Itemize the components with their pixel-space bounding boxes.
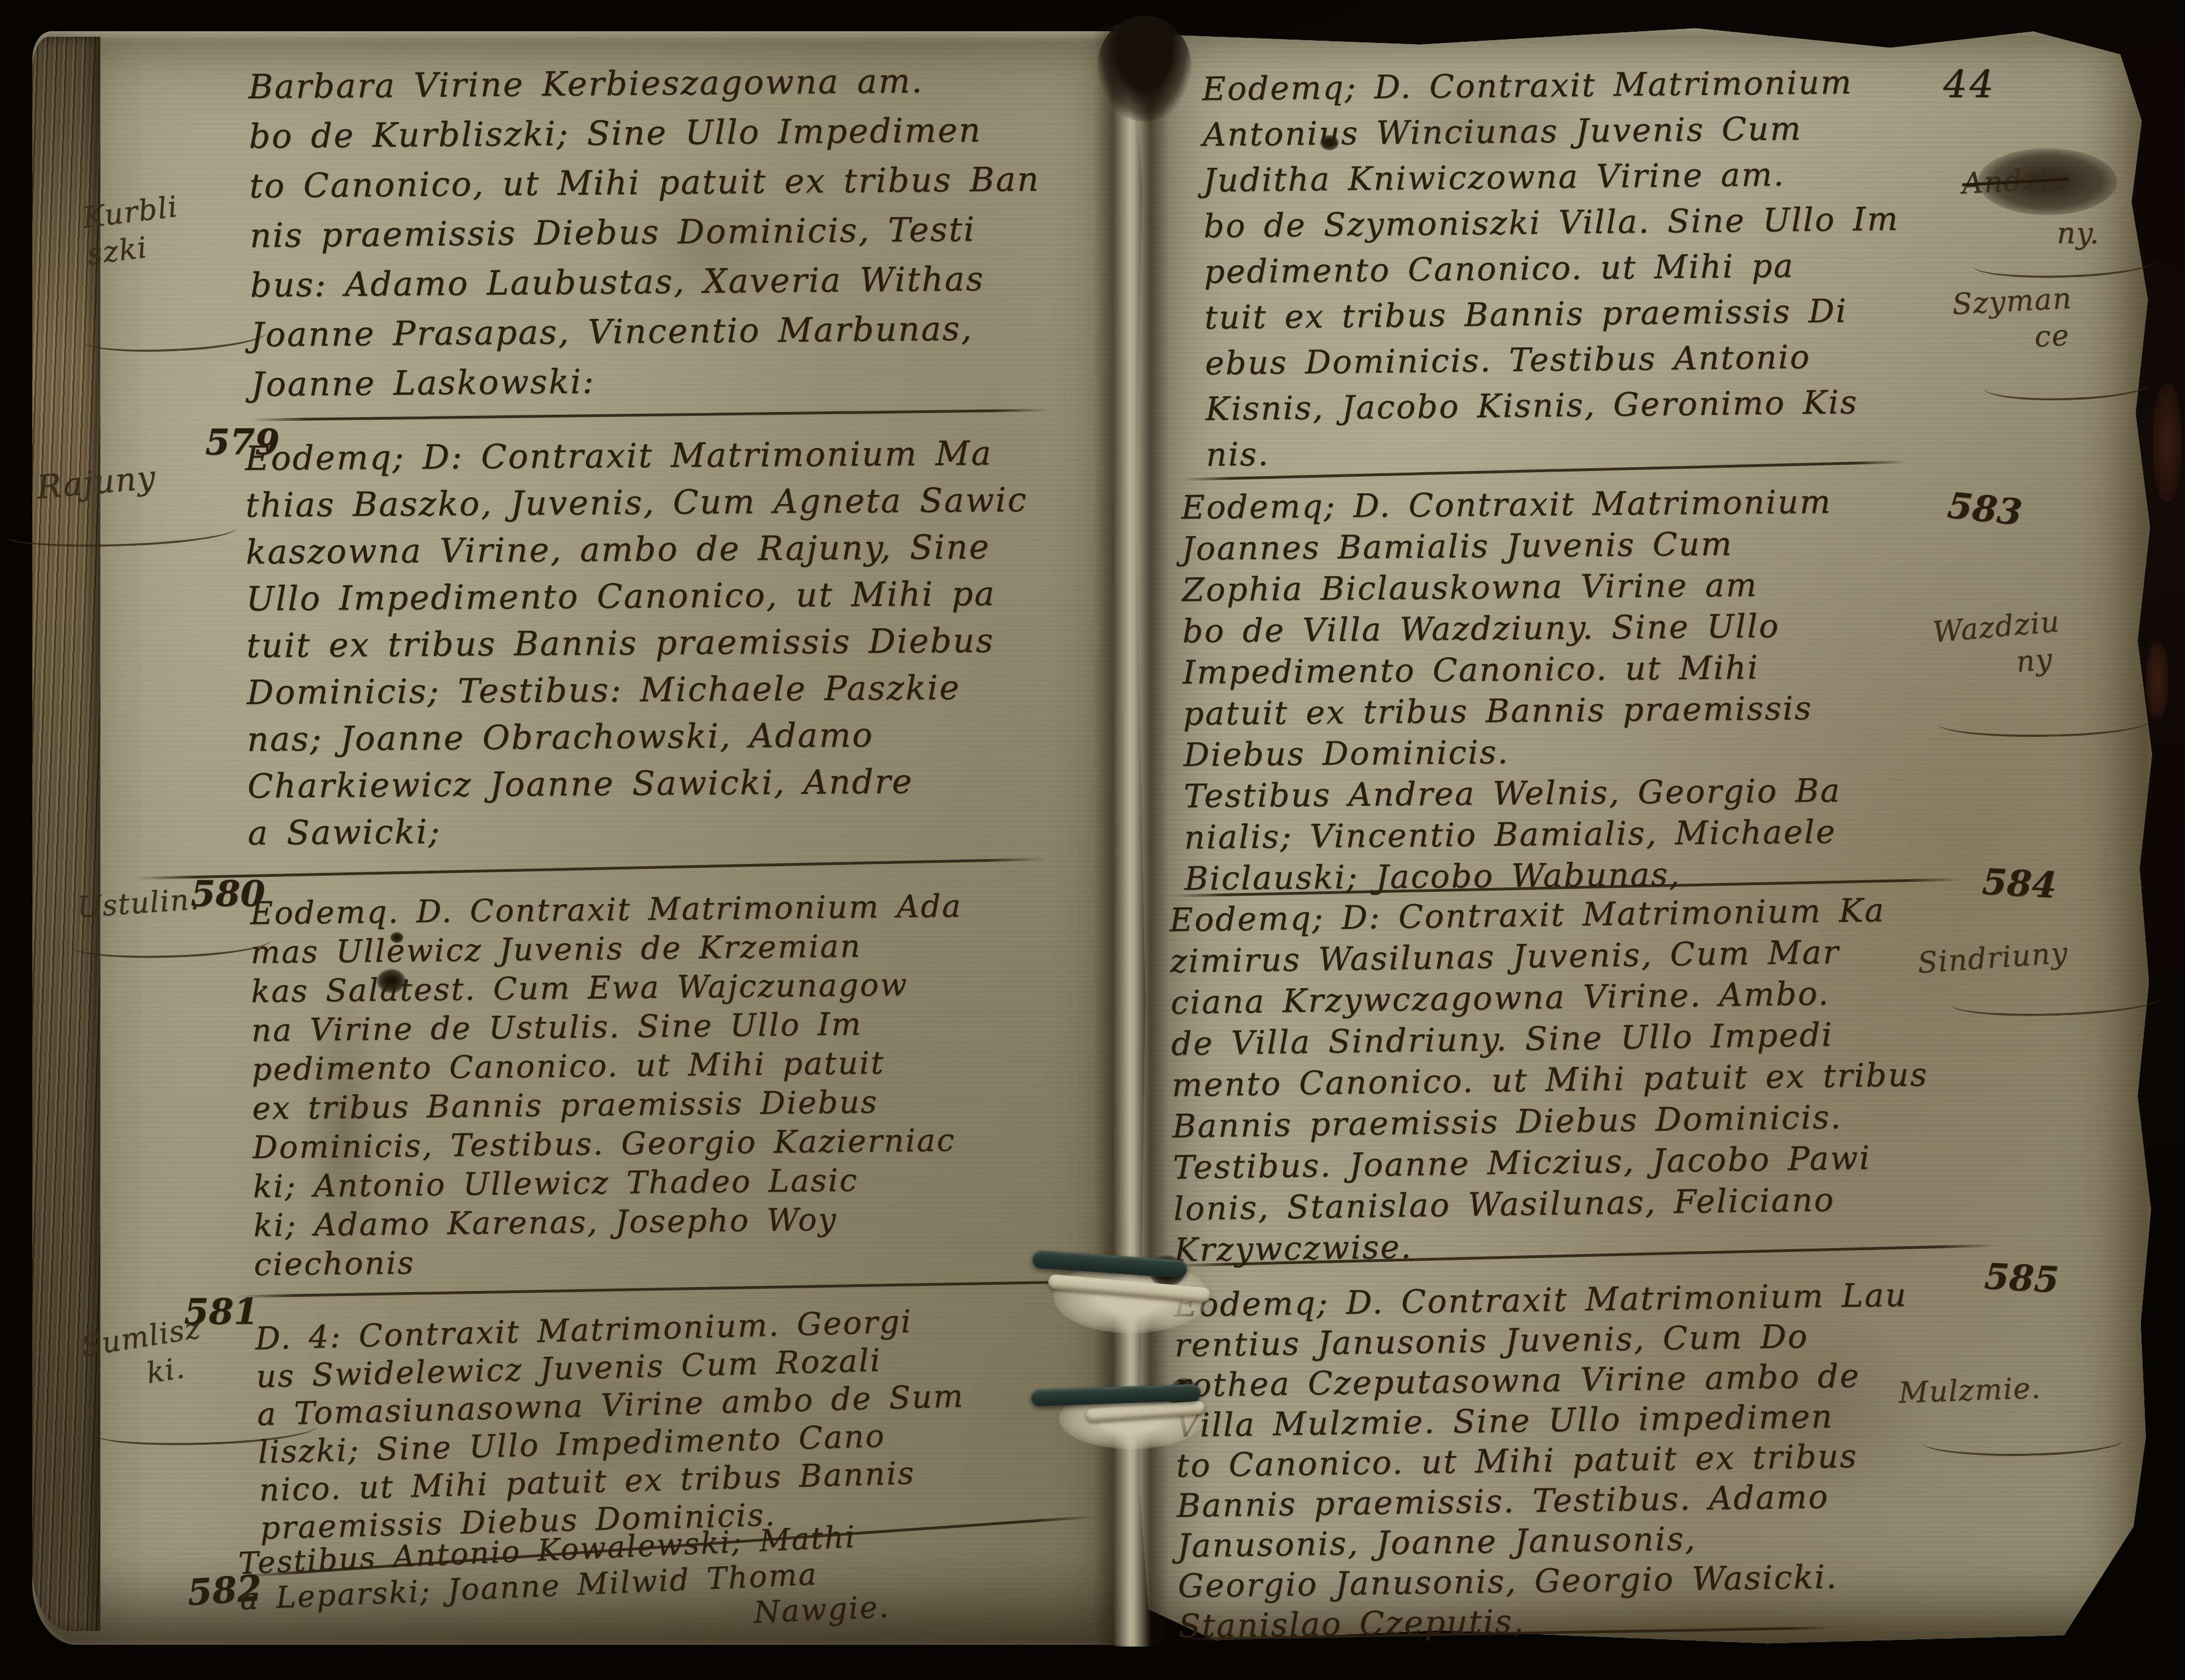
- margin-note: Wazdziu ny: [1931, 603, 2065, 687]
- entry-number: 585: [1983, 1256, 2060, 1302]
- register-entry-text: Eodemq; D: Contraxit Matrimonium Ka zimi…: [1169, 889, 1930, 1271]
- register-entry-text: D. 4: Contraxit Matrimonium. Georgi us S…: [255, 1302, 968, 1547]
- binding-remnant: [2153, 385, 2182, 502]
- page-number: 44: [1943, 62, 1996, 106]
- entry-number: 583: [1945, 484, 2024, 534]
- register-entry-text: Eodemq; D. Contraxit Matrimonium Antoniu…: [1202, 59, 1901, 477]
- margin-note: Kurbli szki: [81, 188, 184, 273]
- binding-remnant: [2146, 641, 2168, 719]
- register-entry-text: Eodemq; D. Contraxit Matrimonium Lau ren…: [1174, 1275, 1912, 1646]
- manuscript-register-photo: Kurbli szki Barbara Virine Kerbieszagown…: [0, 0, 2185, 1680]
- register-entry-text: Eodemq. D. Contraxit Matrimonium Ada mas…: [250, 887, 965, 1284]
- register-entry-text: Eodemq; D: Contraxit Matrimonium Ma thia…: [245, 430, 1030, 857]
- margin-note: ny.: [2057, 215, 2100, 252]
- register-entry-text: Barbara Virine Kerbieszagowna am. bo de …: [248, 56, 1042, 410]
- register-entry-text: Eodemq; D. Contraxit Matrimonium Joannes…: [1181, 481, 1842, 899]
- entry-number: 584: [1981, 861, 2057, 907]
- margin-note-crossed-out: Andziu: [1961, 160, 2069, 202]
- margin-note: Mulzmie.: [1898, 1370, 2042, 1412]
- gutter-torn-notch: [1097, 16, 1192, 122]
- margin-note: Szyman ce: [1951, 280, 2075, 360]
